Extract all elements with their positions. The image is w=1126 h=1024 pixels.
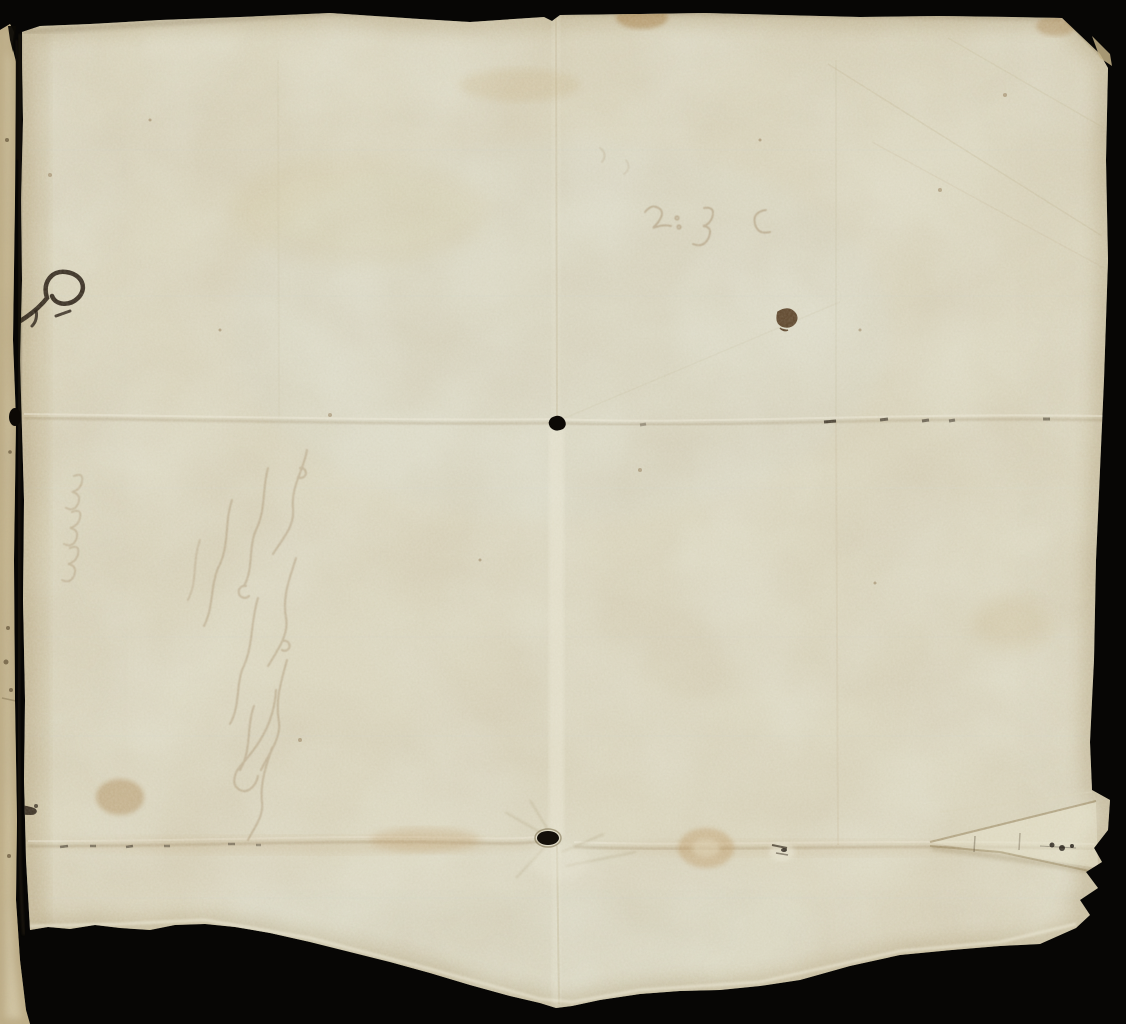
document-scan: Scan of the blank verso of an aged handm… xyxy=(0,0,1126,1024)
fold-crossing-hole-lower xyxy=(535,829,561,847)
scanner-bed: Scan of the blank verso of an aged handm… xyxy=(0,0,1126,1024)
crease-hole xyxy=(9,408,21,426)
paper-sheet xyxy=(0,0,1126,1024)
